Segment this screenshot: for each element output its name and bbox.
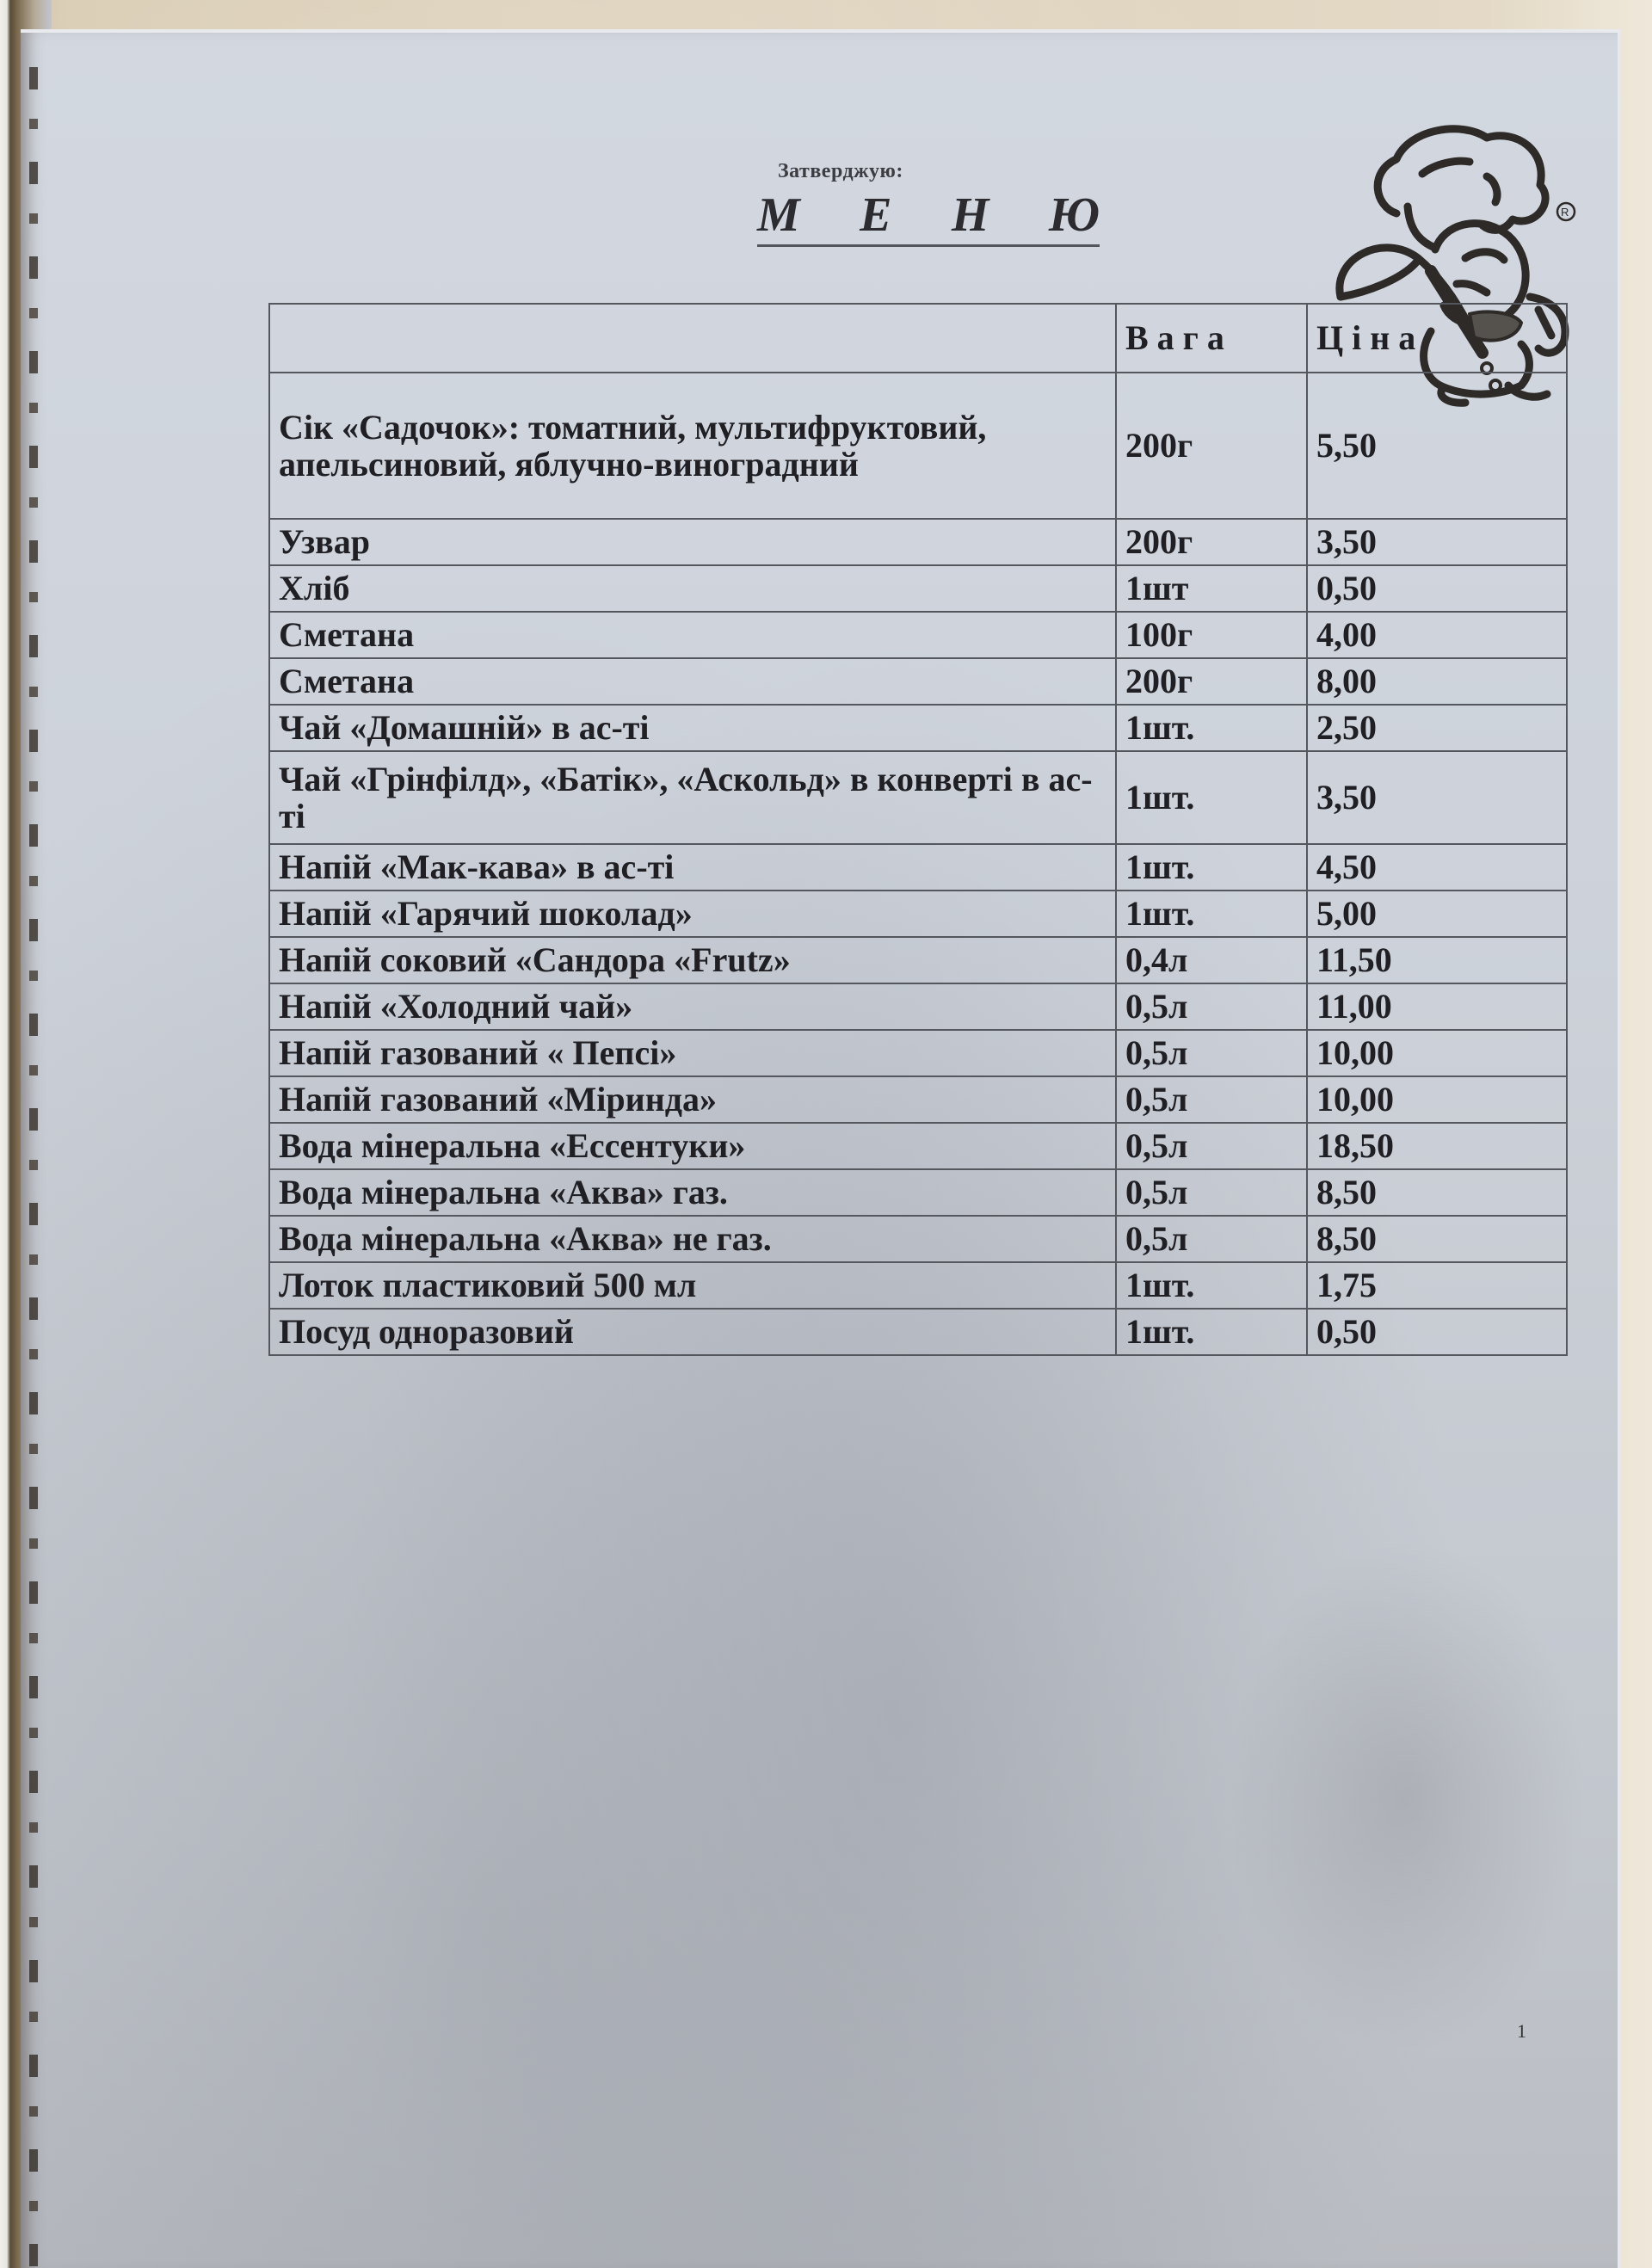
table-row: Посуд одноразовий1шт.0,50 xyxy=(269,1309,1567,1355)
shadow xyxy=(1225,1538,1587,2055)
item-price: 5,00 xyxy=(1307,891,1567,937)
header-weight: Вага xyxy=(1116,304,1307,373)
header-name xyxy=(269,304,1116,373)
item-weight: 100г xyxy=(1116,612,1307,658)
item-price: 10,00 xyxy=(1307,1076,1567,1123)
item-weight: 1шт. xyxy=(1116,1262,1307,1309)
page-number: 1 xyxy=(1517,2020,1526,2043)
page-title: М Е Н Ю xyxy=(757,191,1100,247)
table-row: Напій «Мак-кава» в ас-ті1шт.4,50 xyxy=(269,844,1567,891)
table-row: Чай «Домашній» в ас-ті1шт.2,50 xyxy=(269,705,1567,751)
table-row: Напій газований « Пепсі»0,5л10,00 xyxy=(269,1030,1567,1076)
item-name: Чай «Грінфілд», «Батік», «Аскольд» в кон… xyxy=(269,751,1116,844)
item-weight: 0,5л xyxy=(1116,1030,1307,1076)
table-header-row: Вага Ціна xyxy=(269,304,1567,373)
item-name: Напій «Мак-кава» в ас-ті xyxy=(269,844,1116,891)
item-price: 1,75 xyxy=(1307,1262,1567,1309)
item-name: Напій соковий «Сандора «Frutz» xyxy=(269,937,1116,983)
table-row: Вода мінеральна «Аква» не газ.0,5л8,50 xyxy=(269,1216,1567,1262)
table-row: Сметана100г4,00 xyxy=(269,612,1567,658)
item-name: Вода мінеральна «Аква» газ. xyxy=(269,1169,1116,1216)
item-weight: 0,4л xyxy=(1116,937,1307,983)
table-row: Сметана200г8,00 xyxy=(269,658,1567,705)
item-name: Напій «Гарячий шоколад» xyxy=(269,891,1116,937)
item-weight: 200г xyxy=(1116,519,1307,565)
item-price: 0,50 xyxy=(1307,565,1567,612)
menu-table: Вага Ціна Сік «Садочок»: томатний, мульт… xyxy=(268,303,1568,1356)
item-weight: 200г xyxy=(1116,373,1307,519)
item-price: 3,50 xyxy=(1307,519,1567,565)
item-name: Хліб xyxy=(269,565,1116,612)
item-weight: 0,5л xyxy=(1116,983,1307,1030)
svg-text:R: R xyxy=(1561,206,1569,219)
item-weight: 1шт. xyxy=(1116,1309,1307,1355)
item-name: Чай «Домашній» в ас-ті xyxy=(269,705,1116,751)
item-name: Напій газований « Пепсі» xyxy=(269,1030,1116,1076)
table-row: Вода мінеральна «Есcентуки»0,5л18,50 xyxy=(269,1123,1567,1169)
item-price: 18,50 xyxy=(1307,1123,1567,1169)
table-row: Напій газований «Міринда»0,5л10,00 xyxy=(269,1076,1567,1123)
item-weight: 1шт. xyxy=(1116,705,1307,751)
item-name: Вода мінеральна «Есcентуки» xyxy=(269,1123,1116,1169)
header-price: Ціна xyxy=(1307,304,1567,373)
item-name: Напій «Холодний чай» xyxy=(269,983,1116,1030)
table-row: Вода мінеральна «Аква» газ.0,5л8,50 xyxy=(269,1169,1567,1216)
item-price: 11,50 xyxy=(1307,937,1567,983)
item-weight: 1шт xyxy=(1116,565,1307,612)
item-price: 3,50 xyxy=(1307,751,1567,844)
item-price: 5,50 xyxy=(1307,373,1567,519)
title-letter: Е xyxy=(860,191,891,239)
table-row: Сік «Садочок»: томатний, мультифруктовий… xyxy=(269,373,1567,519)
table-row: Лоток пластиковий 500 мл1шт.1,75 xyxy=(269,1262,1567,1309)
item-price: 4,00 xyxy=(1307,612,1567,658)
table-row: Узвар200г3,50 xyxy=(269,519,1567,565)
table-row: Напій «Холодний чай»0,5л11,00 xyxy=(269,983,1567,1030)
item-price: 8,50 xyxy=(1307,1216,1567,1262)
table-row: Напій соковий «Сандора «Frutz»0,4л11,50 xyxy=(269,937,1567,983)
item-name: Посуд одноразовий xyxy=(269,1309,1116,1355)
item-weight: 1шт. xyxy=(1116,751,1307,844)
item-weight: 0,5л xyxy=(1116,1076,1307,1123)
binding-edge xyxy=(29,67,38,2268)
item-price: 4,50 xyxy=(1307,844,1567,891)
item-price: 2,50 xyxy=(1307,705,1567,751)
table-row: Хліб1шт0,50 xyxy=(269,565,1567,612)
title-letter: М xyxy=(757,191,800,239)
item-name: Напій газований «Міринда» xyxy=(269,1076,1116,1123)
item-name: Сік «Садочок»: томатний, мультифруктовий… xyxy=(269,373,1116,519)
item-name: Сметана xyxy=(269,658,1116,705)
title-letter: Н xyxy=(952,191,989,239)
item-name: Сметана xyxy=(269,612,1116,658)
item-price: 10,00 xyxy=(1307,1030,1567,1076)
approval-label: Затверджую: xyxy=(778,160,903,183)
item-weight: 0,5л xyxy=(1116,1123,1307,1169)
item-weight: 200г xyxy=(1116,658,1307,705)
table-row: Чай «Грінфілд», «Батік», «Аскольд» в кон… xyxy=(269,751,1567,844)
item-price: 0,50 xyxy=(1307,1309,1567,1355)
item-weight: 1шт. xyxy=(1116,891,1307,937)
item-price: 8,50 xyxy=(1307,1169,1567,1216)
item-name: Лоток пластиковий 500 мл xyxy=(269,1262,1116,1309)
item-price: 8,00 xyxy=(1307,658,1567,705)
item-weight: 0,5л xyxy=(1116,1169,1307,1216)
item-price: 11,00 xyxy=(1307,983,1567,1030)
item-name: Узвар xyxy=(269,519,1116,565)
item-name: Вода мінеральна «Аква» не газ. xyxy=(269,1216,1116,1262)
item-weight: 1шт. xyxy=(1116,844,1307,891)
title-letter: Ю xyxy=(1049,191,1100,239)
item-weight: 0,5л xyxy=(1116,1216,1307,1262)
table-row: Напій «Гарячий шоколад»1шт.5,00 xyxy=(269,891,1567,937)
